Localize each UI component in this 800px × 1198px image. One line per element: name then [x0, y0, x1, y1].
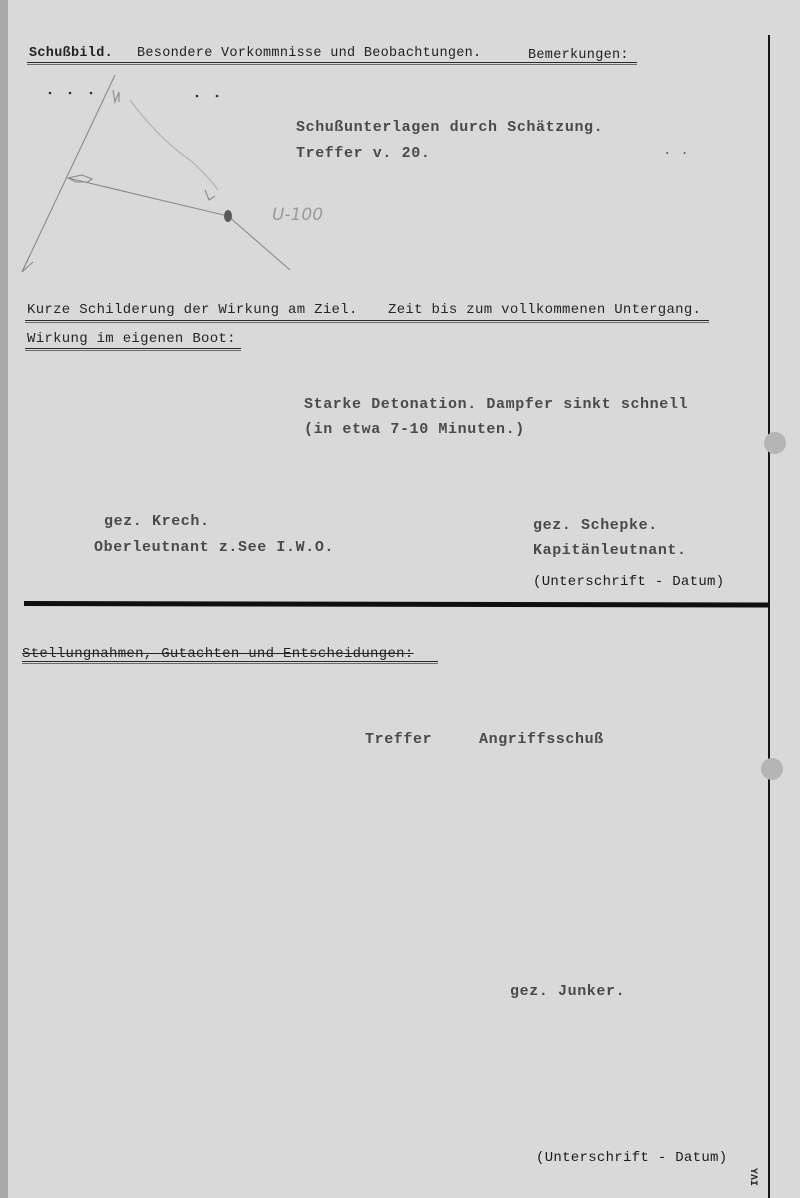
- effect-underline: [25, 320, 709, 323]
- corner-mark: ΥΛΙ: [747, 1168, 758, 1186]
- reviewer-signature: gez. Junker.: [510, 983, 625, 1000]
- signature-date-hint: (Unterschrift - Datum): [533, 574, 724, 590]
- handwritten-uboat-label: U-100: [272, 205, 323, 225]
- review-signature-date-hint: (Unterschrift - Datum): [536, 1150, 727, 1166]
- review-label: Stellungnahmen, Gutachten und Entscheidu…: [22, 646, 414, 662]
- shot-sketch: U-100: [0, 60, 360, 290]
- schussbild-label: Schußbild.: [29, 46, 113, 61]
- time-to-sink-label: Zeit bis zum vollkommenen Untergang.: [388, 302, 701, 318]
- hit-mark-icon: [205, 190, 215, 200]
- punch-hole: [764, 432, 786, 454]
- angle-arc: [130, 100, 218, 190]
- left-signature-name: gez. Krech.: [104, 513, 210, 530]
- remarks-line-2: Treffer v. 20.: [296, 145, 430, 162]
- punch-hole: [761, 758, 783, 780]
- own-boat-underline: [25, 348, 241, 351]
- effect-line-1: Starke Detonation. Dampfer sinkt schnell: [304, 396, 688, 413]
- right-signature-name: gez. Schepke.: [533, 517, 658, 534]
- target-course-line: [22, 75, 115, 272]
- assessment-attack-shot: Angriffsschuß: [479, 731, 604, 748]
- review-underline: [22, 661, 438, 664]
- left-signature-rank: Oberleutnant z.See I.W.O.: [94, 539, 334, 556]
- torpedo-track-line: [68, 178, 228, 216]
- handwritten-mark: [113, 90, 119, 102]
- effect-on-target-label: Kurze Schilderung der Wirkung am Ziel.: [27, 302, 358, 318]
- assessment-hit: Treffer: [365, 731, 432, 748]
- uboat-position-icon: [224, 210, 232, 222]
- section-divider: [24, 601, 769, 608]
- course-arrow-icon: [22, 255, 33, 272]
- vorkommnisse-label: Besondere Vorkommnisse und Beobachtungen…: [137, 46, 481, 61]
- own-boat-effect-label: Wirkung im eigenen Boot:: [27, 331, 236, 347]
- bemerkungen-label: Bemerkungen:: [528, 48, 629, 63]
- dots: . .: [663, 143, 689, 159]
- effect-line-2: (in etwa 7-10 Minuten.): [304, 421, 525, 438]
- right-signature-rank: Kapitänleutnant.: [533, 542, 687, 559]
- right-margin-line: [768, 35, 770, 1198]
- remarks-line-1: Schußunterlagen durch Schätzung.: [296, 119, 603, 136]
